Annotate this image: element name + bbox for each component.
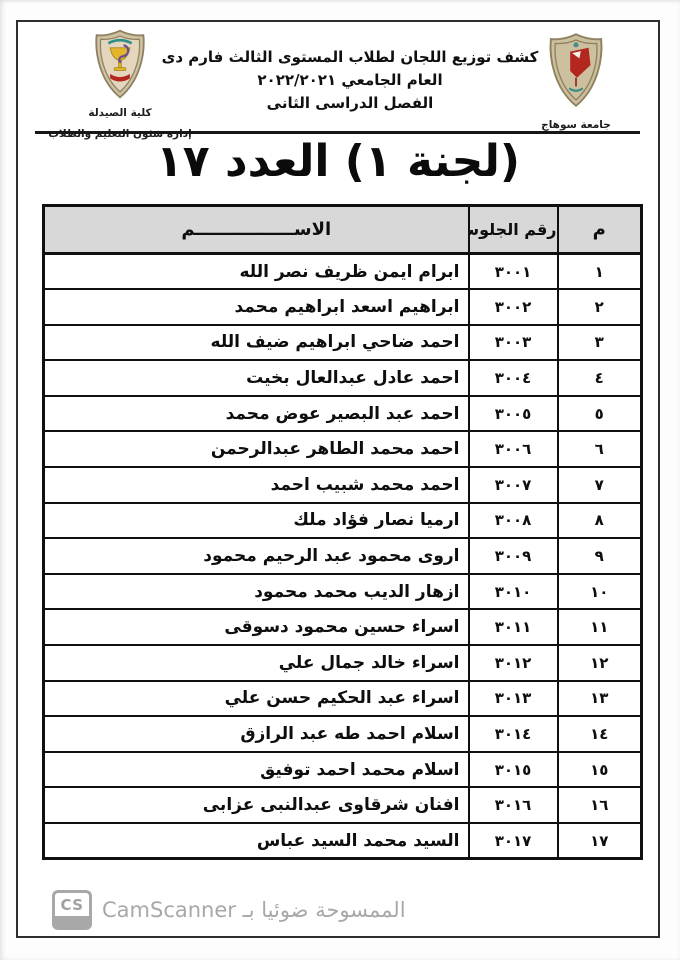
- camscanner-logo-bar: [55, 916, 89, 927]
- serial-cell: ١٠: [558, 574, 642, 610]
- table-header-row: م رقم الجلوس الاســــــــــــــــم: [44, 206, 642, 254]
- name-cell: اروى محمود عبد الرحيم محمود: [44, 538, 469, 574]
- seat-cell: ٣٠١٢: [469, 645, 558, 681]
- watermark-text: الممسوحة ضوئيا بـ CamScanner: [102, 898, 406, 922]
- serial-cell: ١٢: [558, 645, 642, 681]
- serial-cell: ٤: [558, 360, 642, 396]
- name-cell: اسراء حسين محمود دسوقى: [44, 609, 469, 645]
- name-cell: احمد ضاحي ابراهيم ضيف الله: [44, 325, 469, 361]
- seat-cell: ٣٠١٥: [469, 752, 558, 788]
- seat-cell: ٣٠٠٩: [469, 538, 558, 574]
- table-row: ٥٣٠٠٥احمد عبد البصير عوض محمد: [44, 396, 642, 432]
- serial-cell: ٨: [558, 503, 642, 539]
- seat-cell: ٣٠١٤: [469, 716, 558, 752]
- name-cell: احمد عبد البصير عوض محمد: [44, 396, 469, 432]
- header-title-line-2: العام الجامعي ٢٠٢٢/٢٠٢١: [30, 69, 670, 92]
- name-cell: ابراهيم اسعد ابراهيم محمد: [44, 289, 469, 325]
- scanned-document: جامعة سوهاج كلية الصيدلة إدارة شئون التع…: [0, 0, 680, 960]
- table-row: ١٦٣٠١٦افنان شرقاوى عبدالنبى عزابى: [44, 787, 642, 823]
- serial-cell: ١١: [558, 609, 642, 645]
- document-header-titles: كشف توزيع اللجان لطلاب المستوى الثالث فا…: [30, 46, 670, 115]
- name-cell: اسراء عبد الحكيم حسن علي: [44, 681, 469, 717]
- name-cell: افنان شرقاوى عبدالنبى عزابى: [44, 787, 469, 823]
- name-cell: السيد محمد السيد عباس: [44, 823, 469, 859]
- column-header-seat-number: رقم الجلوس: [469, 206, 558, 254]
- seat-cell: ٣٠٠٦: [469, 431, 558, 467]
- table-row: ١٠٣٠١٠ازهار الديب محمد محمود: [44, 574, 642, 610]
- serial-cell: ٩: [558, 538, 642, 574]
- table-row: ١٢٣٠١٢اسراء خالد جمال علي: [44, 645, 642, 681]
- seat-cell: ٣٠٠٣: [469, 325, 558, 361]
- name-cell: اسلام احمد طه عبد الرازق: [44, 716, 469, 752]
- serial-cell: ١٧: [558, 823, 642, 859]
- name-cell: احمد عادل عبدالعال بخيت: [44, 360, 469, 396]
- serial-cell: ٧: [558, 467, 642, 503]
- table-row: ١٥٣٠١٥اسلام محمد احمد توفيق: [44, 752, 642, 788]
- serial-cell: ١٥: [558, 752, 642, 788]
- table-row: ١٤٣٠١٤اسلام احمد طه عبد الرازق: [44, 716, 642, 752]
- table-row: ٣٣٠٠٣احمد ضاحي ابراهيم ضيف الله: [44, 325, 642, 361]
- camscanner-watermark: CS الممسوحة ضوئيا بـ CamScanner: [52, 888, 406, 932]
- serial-cell: ٦: [558, 431, 642, 467]
- name-cell: ارميا نصار فؤاد ملك: [44, 503, 469, 539]
- table-row: ٩٣٠٠٩اروى محمود عبد الرحيم محمود: [44, 538, 642, 574]
- serial-cell: ١: [558, 254, 642, 290]
- table-row: ٦٣٠٠٦احمد محمد الطاهر عبدالرحمن: [44, 431, 642, 467]
- seat-cell: ٣٠٠٤: [469, 360, 558, 396]
- seat-cell: ٣٠١١: [469, 609, 558, 645]
- name-cell: ازهار الديب محمد محمود: [44, 574, 469, 610]
- serial-cell: ١٤: [558, 716, 642, 752]
- header-divider-line: [35, 131, 640, 134]
- seat-cell: ٣٠٠٧: [469, 467, 558, 503]
- header-title-line-3: الفصل الدراسى الثانى: [30, 92, 670, 115]
- table-row: ٢٣٠٠٢ابراهيم اسعد ابراهيم محمد: [44, 289, 642, 325]
- header-title-line-1: كشف توزيع اللجان لطلاب المستوى الثالث فا…: [30, 46, 670, 69]
- page-frame: جامعة سوهاج كلية الصيدلة إدارة شئون التع…: [16, 20, 660, 938]
- table-row: ١٣٠٠١ابرام ايمن ظريف نصر الله: [44, 254, 642, 290]
- camscanner-cs-label: CS: [55, 896, 89, 914]
- table-row: ٨٣٠٠٨ارميا نصار فؤاد ملك: [44, 503, 642, 539]
- seat-cell: ٣٠١٣: [469, 681, 558, 717]
- serial-cell: ١٣: [558, 681, 642, 717]
- name-cell: احمد محمد شبيب احمد: [44, 467, 469, 503]
- column-header-serial: م: [558, 206, 642, 254]
- seat-cell: ٣٠١٠: [469, 574, 558, 610]
- seat-cell: ٣٠٠١: [469, 254, 558, 290]
- seat-cell: ٣٠٠٨: [469, 503, 558, 539]
- seat-cell: ٣٠٠٥: [469, 396, 558, 432]
- students-roster-table: م رقم الجلوس الاســــــــــــــــم ١٣٠٠١…: [42, 204, 643, 860]
- committee-title: (لجنة ١) العدد ١٧: [18, 136, 658, 187]
- name-cell: اسراء خالد جمال علي: [44, 645, 469, 681]
- name-cell: احمد محمد الطاهر عبدالرحمن: [44, 431, 469, 467]
- table-row: ١١٣٠١١اسراء حسين محمود دسوقى: [44, 609, 642, 645]
- name-cell: ابرام ايمن ظريف نصر الله: [44, 254, 469, 290]
- serial-cell: ٣: [558, 325, 642, 361]
- table-row: ١٣٣٠١٣اسراء عبد الحكيم حسن علي: [44, 681, 642, 717]
- serial-cell: ١٦: [558, 787, 642, 823]
- table-row: ٤٣٠٠٤احمد عادل عبدالعال بخيت: [44, 360, 642, 396]
- seat-cell: ٣٠١٦: [469, 787, 558, 823]
- column-header-name: الاســــــــــــــــم: [44, 206, 469, 254]
- table-row: ١٧٣٠١٧السيد محمد السيد عباس: [44, 823, 642, 859]
- seat-cell: ٣٠٠٢: [469, 289, 558, 325]
- camscanner-logo-icon: CS: [52, 890, 92, 930]
- seat-cell: ٣٠١٧: [469, 823, 558, 859]
- name-cell: اسلام محمد احمد توفيق: [44, 752, 469, 788]
- serial-cell: ٥: [558, 396, 642, 432]
- serial-cell: ٢: [558, 289, 642, 325]
- table-row: ٧٣٠٠٧احمد محمد شبيب احمد: [44, 467, 642, 503]
